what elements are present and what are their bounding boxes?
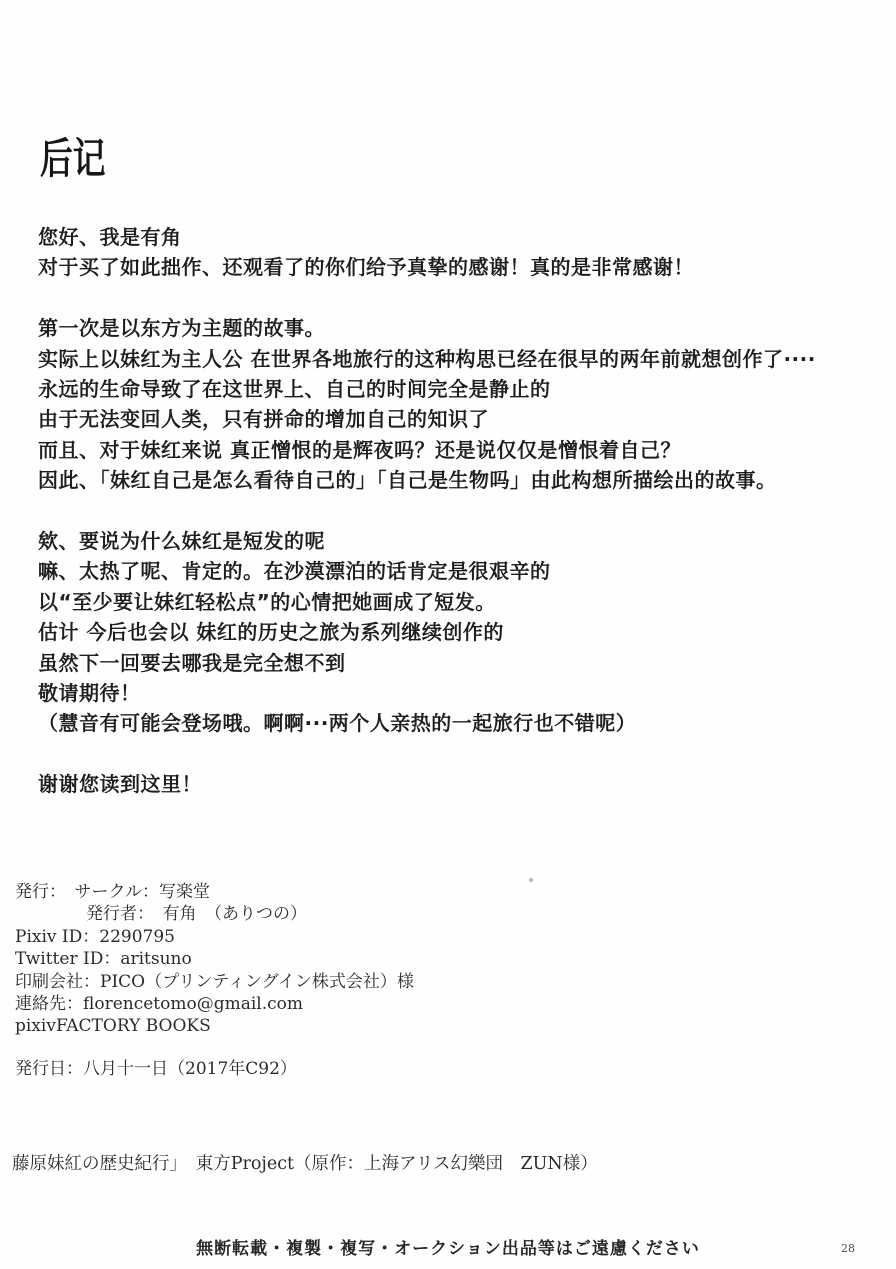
body-text-line: 估计 今后也会以 妹红的历史之旅为系列继续创作的 [38, 617, 816, 647]
body-text-line: 第一次是以东方为主题的故事。 [38, 313, 816, 343]
body-text-line: （慧音有可能会登场哦。啊啊···两个人亲热的一起旅行也不错呢） [38, 708, 816, 738]
body-text-line: 对于买了如此拙作、还观看了的你们给予真挚的感谢！真的是非常感谢！ [38, 252, 816, 282]
colophon-line: Twitter ID：aritsuno [15, 948, 414, 970]
colophon-block: 発行： サークル：写楽堂発行者： 有角 （ありつの）Pixiv ID：22907… [15, 881, 414, 1038]
publication-date-line: 発行日：八月十一日（2017年C92） [15, 1054, 297, 1079]
body-text-line: 虽然下一回要去哪我是完全想不到 [38, 648, 816, 678]
colophon-line: pixivFACTORY BOOKS [15, 1015, 414, 1037]
copyright-notice: 無断転載・複製・複写・オークション出品等はご遠慮ください [0, 1234, 896, 1259]
body-text-line [38, 283, 816, 313]
colophon-line: 発行者： 有角 （ありつの） [15, 903, 414, 925]
colophon-line: 連絡先：florencetomo@gmail.com [15, 993, 414, 1015]
body-text-line: 您好、我是有角 [38, 222, 816, 252]
body-text-line: 实际上以妹红为主人公 在世界各地旅行的这种构思已经在很早的两年前就想创作了···… [38, 344, 816, 374]
body-text-line: 而且、对于妹红来说 真正憎恨的是辉夜吗？还是说仅仅是憎恨着自己？ [38, 435, 816, 465]
afterword-body: 您好、我是有角对于买了如此拙作、还观看了的你们给予真挚的感谢！真的是非常感谢！第… [38, 222, 816, 800]
body-text-line: 敬请期待！ [38, 678, 816, 708]
afterword-page: 后记 您好、我是有角对于买了如此拙作、还观看了的你们给予真挚的感谢！真的是非常感… [0, 0, 896, 1269]
scan-artifact-dot [529, 878, 533, 882]
body-text-line [38, 739, 816, 769]
body-text-line [38, 496, 816, 526]
body-text-line: 永远的生命导致了在这世界上、自己的时间完全是静止的 [38, 374, 816, 404]
body-text-line: 嘛、太热了呢、肯定的。在沙漠漂泊的话肯定是很艰辛的 [38, 556, 816, 586]
body-text-line: 欸、要说为什么妹红是短发的呢 [38, 526, 816, 556]
body-text-line: 因此、「妹红自己是怎么看待自己的」「自己是生物吗」由此构想所描绘出的故事。 [38, 465, 816, 495]
body-text-line: 由于无法变回人类，只有拼命的增加自己的知识了 [38, 404, 816, 434]
page-number: 28 [841, 1242, 855, 1255]
colophon-line: 発行： サークル：写楽堂 [15, 881, 414, 903]
body-text-line: 谢谢您读到这里！ [38, 769, 816, 799]
colophon-line: Pixiv ID：2290795 [15, 926, 414, 948]
series-credit-line: 藤原妹紅の歴史紀行」 東方Project（原作：上海アリス幻樂団 ZUN様） [12, 1150, 598, 1175]
page-title: 后记 [40, 138, 106, 180]
body-text-line: 以“至少要让妹红轻松点”的心情把她画成了短发。 [38, 587, 816, 617]
colophon-line: 印刷会社：PICO（プリンティングイン株式会社）様 [15, 971, 414, 993]
